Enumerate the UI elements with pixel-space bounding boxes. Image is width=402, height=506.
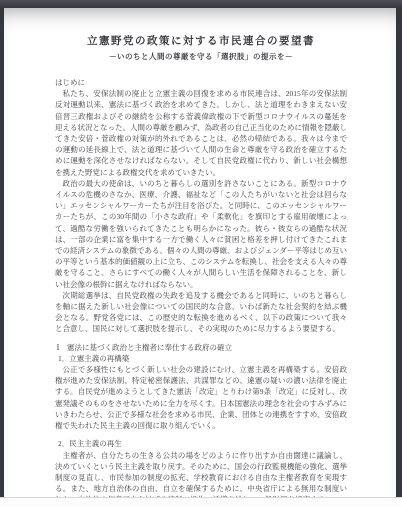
intro-section-heading: はじめに bbox=[55, 77, 347, 88]
intro-paragraph-2: 政治の最大の使命は、いのちと暮らしの選別を許さないことにある。新型コロナウイルス… bbox=[55, 178, 347, 290]
pdf-viewer-background: 立憲野党の政策に対する市民連合の要望書 －いのちと人間の尊厳を守る「選択肢」の提… bbox=[0, 0, 402, 506]
document-subtitle: －いのちと人間の尊厳を守る「選択肢」の提示を－ bbox=[55, 51, 347, 62]
document-page[interactable]: 立憲野党の政策に対する市民連合の要望書 －いのちと人間の尊厳を守る「選択肢」の提… bbox=[4, 8, 396, 497]
intro-paragraph-1: 私たち、安保法制の廃止と立憲主義の回復を求める市民連合は、2015年の安保法制反… bbox=[55, 88, 347, 178]
subsection-1-2-heading: 2．民主主義の再生 bbox=[55, 438, 347, 449]
page-gap-strip bbox=[0, 497, 402, 506]
section-1-heading: Ⅰ 憲法に基づく政治と主権者に奉仕する政府の確立 bbox=[55, 342, 347, 353]
subsection-1-1-heading: 1．立憲主義の再構築 bbox=[55, 353, 347, 364]
document-title: 立憲野党の政策に対する市民連合の要望書 bbox=[55, 33, 347, 48]
document-body: はじめに 私たち、安保法制の廃止と立憲主義の回復を求める市民連合は、2015年の… bbox=[55, 77, 347, 506]
intro-paragraph-3: 次期総選挙は、自民党政権の失政を追及する機会であると同時に、いのちと暮らしを軸に… bbox=[55, 290, 347, 335]
subsection-1-1-paragraph: 公正で多様性にもとづく新しい社会の建設にむけ、立憲主義を再構築する。安倍政権が進… bbox=[55, 364, 347, 431]
